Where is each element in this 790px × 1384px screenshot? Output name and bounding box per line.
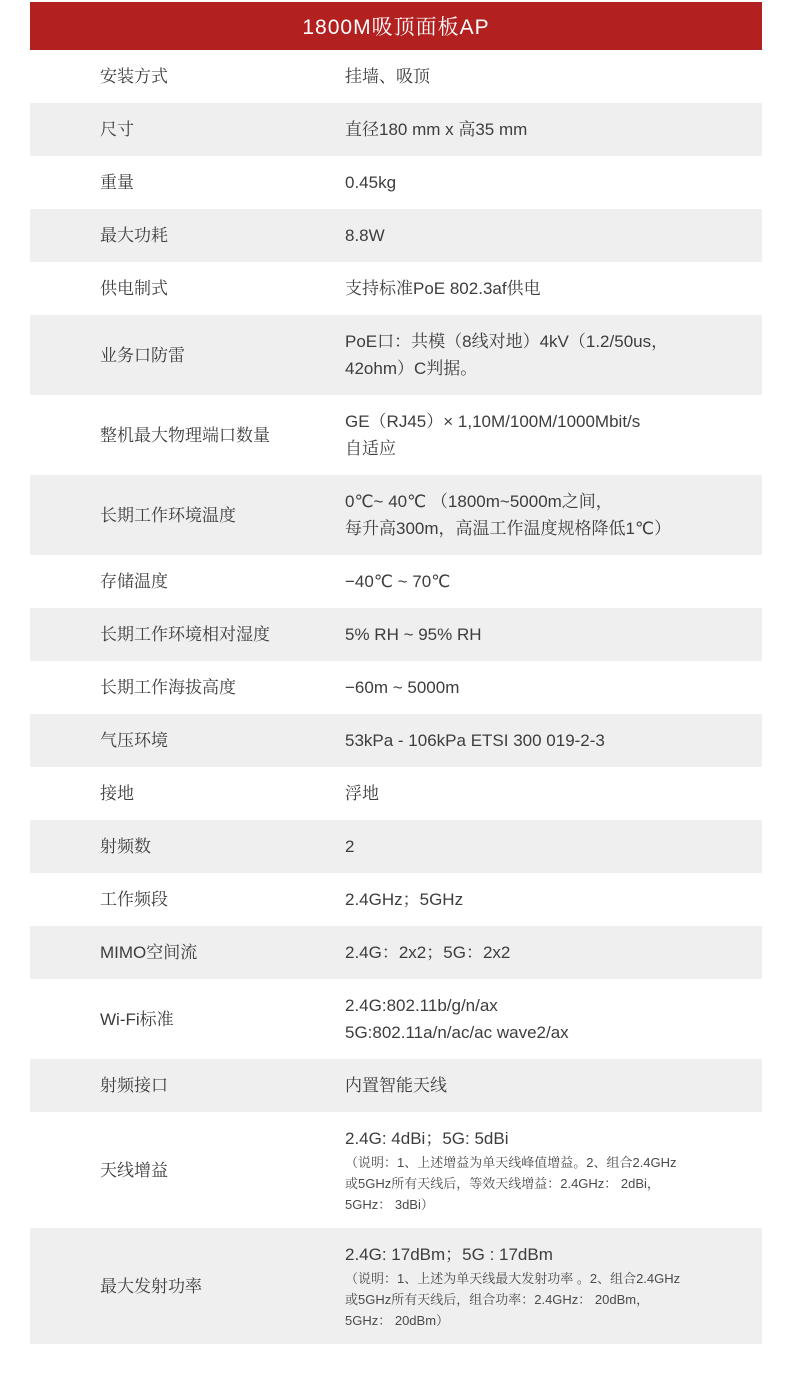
spec-value: 5% RH ~ 95% RH — [345, 621, 762, 648]
spec-row-mount: 安装方式 挂墙、吸顶 — [30, 50, 762, 103]
spec-value: 2.4G: 17dBm；5G : 17dBm （说明：1、上述为单天线最大发射功… — [345, 1241, 762, 1331]
spec-label: 最大功耗 — [30, 222, 345, 249]
spec-value: −40℃ ~ 70℃ — [345, 568, 762, 595]
spec-rows: 安装方式 挂墙、吸顶 尺寸 直径180 mm x 高35 mm 重量 0.45k… — [30, 50, 762, 1344]
spec-row-altitude: 长期工作海拔高度 −60m ~ 5000m — [30, 661, 762, 714]
spec-label: 最大发射功率 — [30, 1273, 345, 1300]
spec-row-humidity: 长期工作环境相对湿度 5% RH ~ 95% RH — [30, 608, 762, 661]
spec-label: 射频接口 — [30, 1072, 345, 1099]
spec-value: 直径180 mm x 高35 mm — [345, 116, 762, 143]
spec-value: 内置智能天线 — [345, 1072, 762, 1099]
spec-label: 射频数 — [30, 833, 345, 860]
spec-value: 支持标准PoE 802.3af供电 — [345, 275, 762, 302]
spec-label: 安装方式 — [30, 63, 345, 90]
spec-row-frequency-bands: 工作频段 2.4GHz；5GHz — [30, 873, 762, 926]
spec-label: 供电制式 — [30, 275, 345, 302]
page-title: 1800M吸顶面板AP — [302, 11, 489, 41]
spec-value: PoE口：共模（8线对地）4kV（1.2/50us， 42ohm）C判据。 — [345, 328, 762, 382]
spec-row-max-power-consumption: 最大功耗 8.8W — [30, 209, 762, 262]
spec-label: 天线增益 — [30, 1157, 345, 1184]
spec-value: −60m ~ 5000m — [345, 674, 762, 701]
spec-value: 8.8W — [345, 222, 762, 249]
spec-value: GE（RJ45）× 1,10M/100M/1000Mbit/s 自适应 — [345, 408, 762, 462]
spec-row-dimensions: 尺寸 直径180 mm x 高35 mm — [30, 103, 762, 156]
spec-value: 2.4G：2x2；5G：2x2 — [345, 939, 762, 966]
spec-label: 长期工作海拔高度 — [30, 674, 345, 701]
table-header: 1800M吸顶面板AP — [30, 2, 762, 50]
spec-label: MIMO空间流 — [30, 939, 345, 966]
spec-row-power-supply: 供电制式 支持标准PoE 802.3af供电 — [30, 262, 762, 315]
spec-label: 接地 — [30, 780, 345, 807]
spec-row-wifi-standard: Wi-Fi标准 2.4G:802.11b/g/n/ax 5G:802.11a/n… — [30, 979, 762, 1059]
spec-row-mimo-streams: MIMO空间流 2.4G：2x2；5G：2x2 — [30, 926, 762, 979]
spec-label: 尺寸 — [30, 116, 345, 143]
spec-row-max-transmit-power: 最大发射功率 2.4G: 17dBm；5G : 17dBm （说明：1、上述为单… — [30, 1228, 762, 1344]
spec-label: 工作频段 — [30, 886, 345, 913]
spec-row-grounding: 接地 浮地 — [30, 767, 762, 820]
spec-label: 存储温度 — [30, 568, 345, 595]
spec-value: 53kPa - 106kPa ETSI 300 019-2-3 — [345, 727, 762, 754]
spec-value: 2.4G:802.11b/g/n/ax 5G:802.11a/n/ac/ac w… — [345, 992, 762, 1046]
spec-value: 0.45kg — [345, 169, 762, 196]
spec-label: Wi-Fi标准 — [30, 1006, 345, 1033]
spec-label: 重量 — [30, 169, 345, 196]
spec-value: 2.4GHz；5GHz — [345, 886, 762, 913]
spec-label: 气压环境 — [30, 727, 345, 754]
spec-row-operating-temperature: 长期工作环境温度 0℃~ 40℃ （1800m~5000m之间， 每升高300m… — [30, 475, 762, 555]
spec-row-storage-temperature: 存储温度 −40℃ ~ 70℃ — [30, 555, 762, 608]
spec-row-air-pressure: 气压环境 53kPa - 106kPa ETSI 300 019-2-3 — [30, 714, 762, 767]
spec-value: 2.4G: 4dBi；5G: 5dBi （说明：1、上述增益为单天线峰值增益。2… — [345, 1125, 762, 1215]
spec-row-antenna-gain: 天线增益 2.4G: 4dBi；5G: 5dBi （说明：1、上述增益为单天线峰… — [30, 1112, 762, 1228]
spec-row-weight: 重量 0.45kg — [30, 156, 762, 209]
spec-value: 挂墙、吸顶 — [345, 63, 762, 90]
spec-label: 长期工作环境相对湿度 — [30, 621, 345, 648]
spec-value: 浮地 — [345, 780, 762, 807]
spec-table: 1800M吸顶面板AP 安装方式 挂墙、吸顶 尺寸 直径180 mm x 高35… — [30, 2, 762, 1344]
spec-row-rf-interface: 射频接口 内置智能天线 — [30, 1059, 762, 1112]
spec-label: 长期工作环境温度 — [30, 502, 345, 529]
spec-row-ports: 整机最大物理端口数量 GE（RJ45）× 1,10M/100M/1000Mbit… — [30, 395, 762, 475]
spec-value-note: （说明：1、上述增益为单天线峰值增益。2、组合2.4GHz 或5GHz所有天线后… — [345, 1152, 738, 1215]
spec-label: 整机最大物理端口数量 — [30, 422, 345, 449]
spec-row-radio-count: 射频数 2 — [30, 820, 762, 873]
spec-value: 0℃~ 40℃ （1800m~5000m之间， 每升高300m，高温工作温度规格… — [345, 488, 762, 542]
spec-value: 2 — [345, 833, 762, 860]
spec-row-surge-protection: 业务口防雷 PoE口：共模（8线对地）4kV（1.2/50us， 42ohm）C… — [30, 315, 762, 395]
spec-value-note: （说明：1、上述为单天线最大发射功率 。2、组合2.4GHz 或5GHz所有天线… — [345, 1268, 738, 1331]
spec-label: 业务口防雷 — [30, 342, 345, 369]
